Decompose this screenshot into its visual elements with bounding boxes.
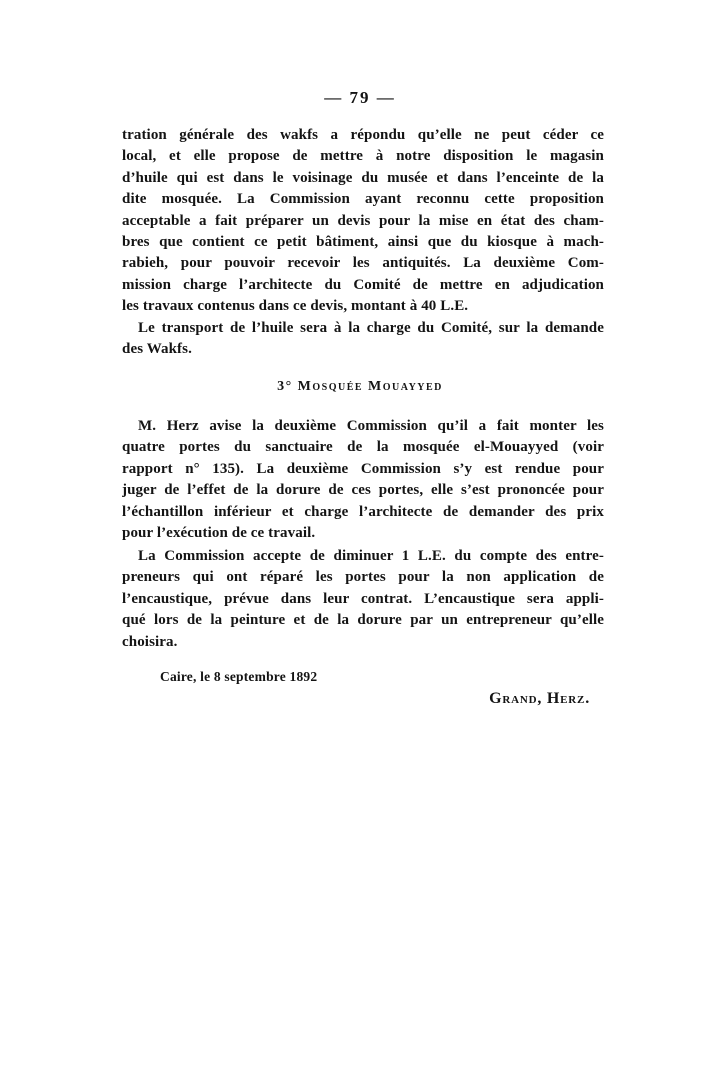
text-line: les travaux contenus dans ce devis, mont…: [122, 296, 604, 317]
paragraph-transport-huile: Le transport de l’huile sera à la charge…: [122, 318, 604, 361]
text-line: acceptable a fait préparer un devis pour…: [122, 211, 604, 232]
text-line: qué lors de la peinture et de la dorure …: [122, 610, 604, 631]
paragraph-encaustique: La Commission accepte de diminuer 1 L.E.…: [122, 546, 604, 653]
text-line: choisira.: [122, 632, 604, 653]
paragraph-wakfs-magasin: tration générale des wakfs a répondu qu’…: [122, 125, 604, 318]
text-line: rapport n° 135). La deuxième Commission …: [122, 459, 604, 480]
text-line: quatre portes du sanctuaire de la mosqué…: [122, 437, 604, 458]
text-line: des Wakfs.: [122, 339, 604, 360]
text-line: dite mosquée. La Commission ayant reconn…: [122, 189, 604, 210]
text-line: tration générale des wakfs a répondu qu’…: [122, 125, 604, 146]
text-line: l’encaustique, prévue dans leur contrat.…: [122, 589, 604, 610]
signature: Grand, Herz.: [122, 690, 590, 708]
text-line: Le transport de l’huile sera à la charge…: [122, 318, 604, 339]
text-line: local, et elle propose de mettre à notre…: [122, 146, 604, 167]
text-line: rabieh, pour pouvoir recevoir les antiqu…: [122, 253, 604, 274]
text-line: preneurs qui ont réparé les portes pour …: [122, 567, 604, 588]
text-line: pour l’exécution de ce travail.: [122, 523, 604, 544]
text-line: La Commission accepte de diminuer 1 L.E.…: [122, 546, 604, 567]
dateline: Caire, le 8 septembre 1892: [160, 669, 317, 685]
text-line: d’huile qui est dans le voisinage du mus…: [122, 168, 604, 189]
text-line: l’échantillon inférieur et charge l’arch…: [122, 502, 604, 523]
text-line: mission charge l’architecte du Comité de…: [122, 275, 604, 296]
text-line: juger de l’effet de la dorure de ces por…: [122, 480, 604, 501]
text-line: M. Herz avise la deuxième Commission qu’…: [122, 416, 604, 437]
page-number: — 79 —: [0, 88, 720, 108]
paragraph-portes-sanctuaire: M. Herz avise la deuxième Commission qu’…: [122, 416, 604, 544]
section-heading-mosquee-mouayyed: 3° Mosquée Mouayyed: [0, 379, 720, 395]
document-page: — 79 — tration générale des wakfs a répo…: [0, 0, 720, 1082]
text-line: bres que contient ce petit bâtiment, ain…: [122, 232, 604, 253]
